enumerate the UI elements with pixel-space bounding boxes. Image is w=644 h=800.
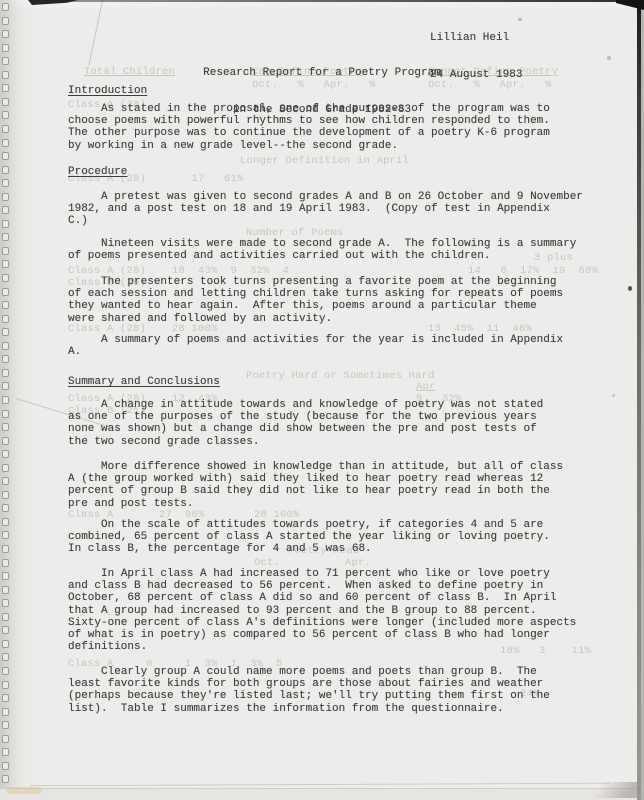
binding-hole: [2, 477, 9, 485]
scanned-document-screenshot: { "page": { "author": "Lillian Heil", "d…: [0, 0, 644, 800]
binding-hole: [2, 382, 9, 390]
paragraph-introduction-1: As stated in the proposal, one of the pu…: [68, 103, 613, 152]
binding-hole: [2, 437, 9, 445]
binding-hole: [2, 355, 9, 363]
binding-hole: [2, 748, 9, 756]
binding-hole: [2, 491, 9, 499]
binding-hole: [2, 640, 9, 648]
binding-hole: [2, 450, 9, 458]
paragraph-summary-1: A change in attitude towards and knowled…: [68, 399, 613, 448]
binding-hole: [2, 762, 9, 770]
binding-hole: [2, 626, 9, 634]
binding-hole: [2, 775, 9, 783]
binding-hole: [2, 735, 9, 743]
paragraph-procedure-2: Nineteen visits were made to second grad…: [68, 238, 613, 262]
binding-hole: [2, 369, 9, 377]
binding-hole: [2, 328, 9, 336]
paragraph-procedure-4: A summary of poems and activities for th…: [68, 334, 613, 358]
page-bottom-edge: [0, 788, 644, 800]
binding-hole: [2, 694, 9, 702]
heading-summary-and-conclusions: Summary and Conclusions: [68, 376, 220, 388]
paragraph-summary-3: On the scale of attitudes towards poetry…: [68, 519, 613, 556]
binding-hole: [2, 396, 9, 404]
binding-hole: [2, 274, 9, 282]
binding-hole: [2, 599, 9, 607]
binding-hole: [2, 152, 9, 160]
binding-hole: [2, 586, 9, 594]
paragraph-summary-4: In April class A had increased to 71 per…: [68, 568, 613, 653]
binding-hole: [2, 423, 9, 431]
scanned-page: Total ChildrenCan Define PoetryCannot De…: [0, 0, 644, 800]
binding-hole: [2, 410, 9, 418]
binding-hole: [2, 17, 9, 25]
binding-hole: [2, 653, 9, 661]
binding-hole: [2, 667, 9, 675]
binding-hole: [2, 3, 9, 11]
ink-speck: [612, 394, 615, 397]
binding-hole: [2, 681, 9, 689]
binding-hole: [2, 518, 9, 526]
binding-hole: [2, 315, 9, 323]
binding-hole: [2, 260, 9, 268]
binding-hole: [2, 220, 9, 228]
bleed-through-text: Poetry Hard or Sometimes Hard: [246, 370, 435, 382]
binding-hole: [2, 206, 9, 214]
binding-hole: [2, 247, 9, 255]
binding-hole: [2, 193, 9, 201]
binding-hole: [2, 572, 9, 580]
paper-crease-bottom: [30, 783, 610, 787]
title-line-1: Research Report for a Poetry Program: [0, 67, 644, 79]
binding-hole: [2, 721, 9, 729]
binding-hole: [2, 464, 9, 472]
binding-hole: [2, 30, 9, 38]
paragraph-procedure-3: The presenters took turns presenting a f…: [68, 276, 613, 325]
binding-hole: [2, 504, 9, 512]
bleed-through-text: Longer Definition in April: [240, 155, 409, 167]
paragraph-procedure-1: A pretest was given to second grades A a…: [68, 191, 613, 228]
binding-hole: [2, 301, 9, 309]
heading-introduction: Introduction: [68, 85, 147, 97]
binding-hole: [2, 613, 9, 621]
bleed-through-text: Apr: [416, 381, 436, 393]
binding-hole: [2, 531, 9, 539]
paragraph-summary-2: More difference showed in knowledge than…: [68, 461, 613, 510]
corner-shadow: [564, 782, 638, 798]
scan-corner-top-left: [28, 0, 78, 5]
binding-hole: [2, 559, 9, 567]
binding-hole: [2, 545, 9, 553]
ink-speck: [628, 286, 632, 291]
binding-hole: [2, 233, 9, 241]
binding-hole: [2, 708, 9, 716]
binding-hole: [2, 288, 9, 296]
smudge-mark: [6, 787, 42, 794]
binding-hole: [2, 179, 9, 187]
binding-hole: [2, 342, 9, 350]
scan-corner-top-right: [616, 0, 644, 10]
heading-procedure: Procedure: [68, 166, 127, 178]
binding-hole: [2, 166, 9, 174]
scan-edge-top: [64, 0, 637, 2]
paragraph-summary-5: Clearly group A could name more poems an…: [68, 666, 613, 715]
